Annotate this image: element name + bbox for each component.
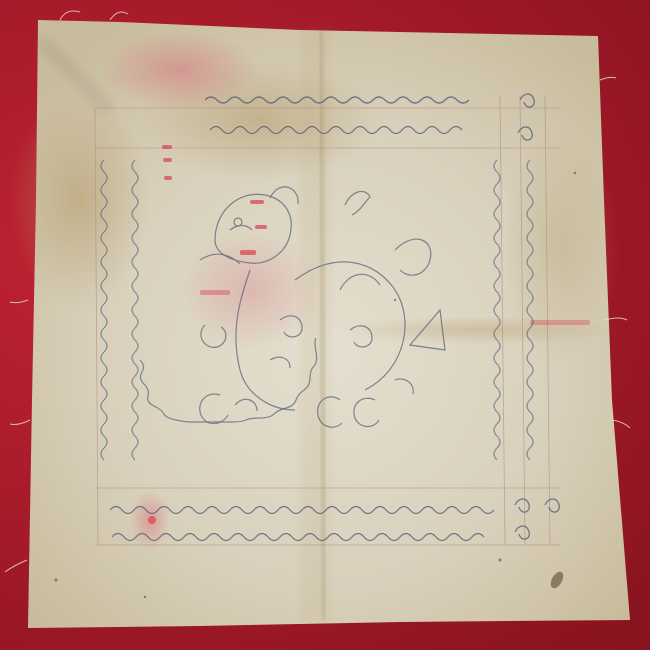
yantra-cloth	[0, 0, 650, 650]
photo-scene: Thai yantra cloth (pha yant) with singha…	[0, 0, 650, 650]
